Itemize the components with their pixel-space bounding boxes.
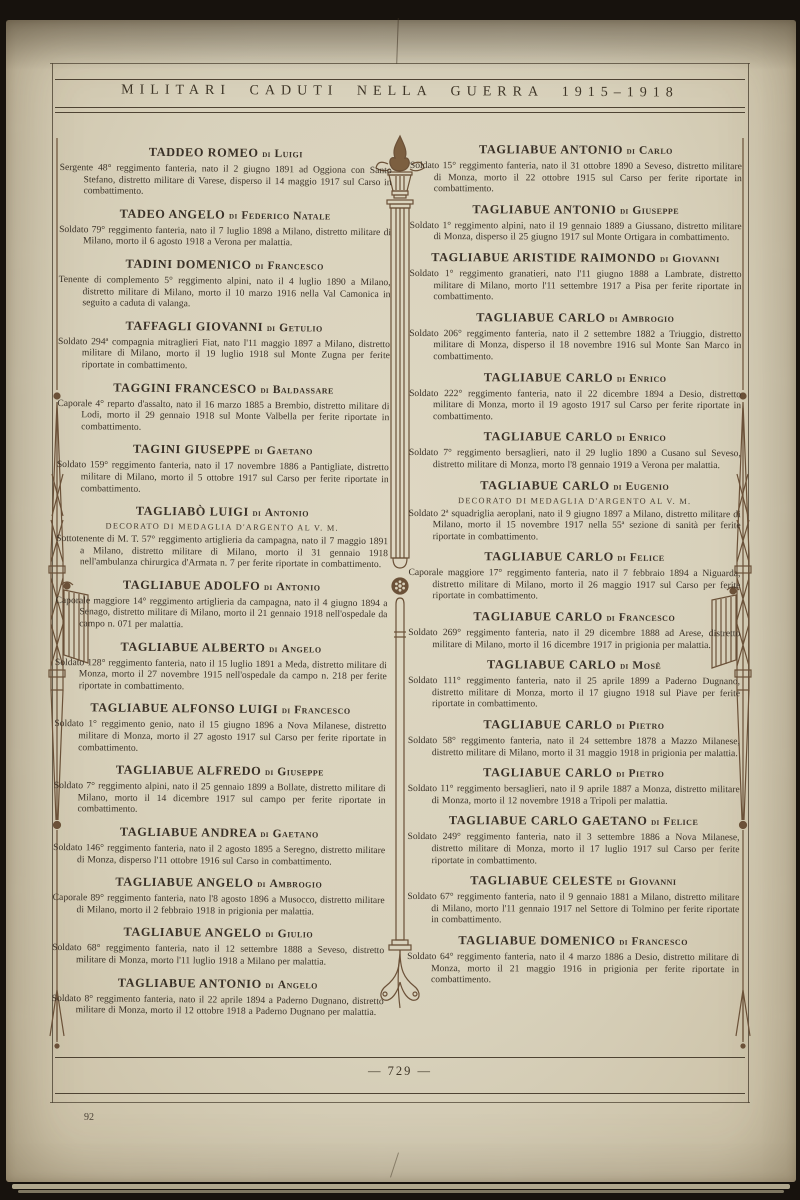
entry-name: TAGLIABUE ANDREA di Gaetano <box>53 824 385 842</box>
entry-name: TAGLIABUE ALFONSO LUIGI di Francesco <box>54 700 386 718</box>
entry-father-name: Francesco <box>267 260 324 273</box>
casualty-entry: TAGLIABUE ANTONIO di Angelo Soldato 8° r… <box>52 975 384 1019</box>
entry-name: TAGLIABUE CARLO di Enrico <box>409 429 741 445</box>
entry-di-connector: di <box>269 644 278 655</box>
entry-name: TAGLIABUE ALBERTO di Angelo <box>55 639 387 657</box>
entry-name: TAGLIABUE DOMENICO di Francesco <box>407 933 739 949</box>
casualty-entry: TAGLIABUE ANGELO di Giulio Soldato 68° r… <box>52 924 384 968</box>
entry-name: TAGLIABUE CARLO di Mosè <box>408 657 740 673</box>
entry-di-connector: di <box>627 146 636 157</box>
entry-di-connector: di <box>265 980 274 991</box>
entry-body: Soldato 1° reggimento genio, nato il 15 … <box>54 718 386 756</box>
entry-surname: TAGLIABUE CARLO <box>483 765 612 779</box>
entry-father-name: Francesco <box>619 612 675 624</box>
frame-rule-top-outer <box>50 63 750 64</box>
entry-body: Soldato 111° reggimento fanteria, nato i… <box>408 675 740 711</box>
entry-di-connector: di <box>619 937 628 948</box>
casualty-entry: TAGLIABUE DOMENICO di Francesco Soldato … <box>407 933 739 987</box>
entry-surname: TAGLIABUE ANTONIO <box>118 975 262 990</box>
entry-surname: TADINI DOMENICO <box>126 257 252 272</box>
entry-father-name: Antonio <box>265 507 309 519</box>
entry-body: Caporale 4° reparto d'assalto, nato il 1… <box>57 398 389 436</box>
casualty-entry: TADDEO ROMEO di Luigi Sergente 48° reggi… <box>59 144 391 200</box>
entry-surname: TAGLIABUE CARLO <box>480 478 609 492</box>
entry-di-connector: di <box>282 706 291 717</box>
casualty-entry: TADINI DOMENICO di Francesco Tenente di … <box>58 256 390 312</box>
entry-di-connector: di <box>660 254 669 265</box>
underlying-page-edge <box>18 1190 784 1193</box>
entry-name: TAGLIABÒ LUIGI di Antonio <box>56 503 388 521</box>
entry-father-name: Gaetano <box>273 828 319 840</box>
folio-number: — 729 — <box>60 1064 740 1079</box>
entry-di-connector: di <box>264 582 273 593</box>
casualty-entry: TAGLIABUE CARLO GAETANO di Felice Soldat… <box>407 813 739 867</box>
entry-father-name: Giulio <box>278 929 314 941</box>
entry-surname: TAGLIABUE CARLO <box>483 717 612 731</box>
casualty-entry: TAGLIABUE ADOLFO di Antonio Caporale mag… <box>55 577 387 633</box>
casualty-entry: TAGLIABUE CARLO di Pietro Soldato 58° re… <box>408 717 740 759</box>
entry-di-connector: di <box>617 373 626 384</box>
casualty-entry: TAGLIABUE CARLO di Felice Caporale maggi… <box>408 549 740 603</box>
entry-surname: TAGLIABUE CARLO <box>473 609 602 623</box>
entry-name: TAGLIABUE ALFREDO di Giuseppe <box>54 762 386 780</box>
entry-name: TAGLIABUE CARLO GAETANO di Felice <box>408 813 740 829</box>
casualty-entry: TAGLIABUE ANGELO di Ambrogio Caporale 89… <box>53 874 385 918</box>
entry-father-name: Giovanni <box>629 876 677 888</box>
entry-surname: TAFFAGLI GIOVANNI <box>126 318 264 333</box>
casualty-entry: TAGLIABUE ALBERTO di Angelo Soldato 128°… <box>55 639 387 695</box>
entry-di-connector: di <box>606 613 615 624</box>
entry-di-connector: di <box>617 433 626 444</box>
entry-father-name: Gaetano <box>267 445 313 457</box>
entry-body: Soldato 67° reggimento fanteria, nato il… <box>407 891 739 927</box>
entry-father-name: Giovanni <box>672 253 720 265</box>
casualty-entry: TAGLIABUE ANTONIO di Giuseppe Soldato 1°… <box>410 202 742 244</box>
entry-body: Tenente di complemento 5° reggimento alp… <box>58 274 390 312</box>
entry-surname: TAGLIABUE ANGELO <box>115 875 253 890</box>
casualty-entry: TAGLIABÒ LUIGI di Antonio DECORATO DI ME… <box>56 503 389 571</box>
casualty-entry: TAGLIABUE ANTONIO di Carlo Soldato 15° r… <box>410 142 742 196</box>
casualty-entry: TADEO ANGELO di Federico Natale Soldato … <box>59 206 391 250</box>
entry-di-connector: di <box>620 661 629 672</box>
entry-father-name: Angelo <box>281 643 321 655</box>
entry-name: TAGLIABUE ANGELO di Ambrogio <box>53 874 385 892</box>
entry-father-name: Antonio <box>276 581 320 593</box>
entry-body: Soldato 159° reggimento fanteria, nato i… <box>57 459 389 497</box>
entry-name: TAGLIABUE ADOLFO di Antonio <box>56 577 388 595</box>
entry-body: Soldato 206° reggimento fanteria, nato i… <box>409 328 741 364</box>
entry-di-connector: di <box>620 206 629 217</box>
entry-di-connector: di <box>609 313 618 324</box>
entry-name: TADINI DOMENICO di Francesco <box>59 256 391 274</box>
entry-body: Soldato 128° reggimento fanteria, nato i… <box>55 657 387 695</box>
entry-surname: TAGINI GIUSEPPE <box>133 442 251 457</box>
entry-surname: TAGLIABUE ANDREA <box>120 825 257 840</box>
entry-di-connector: di <box>267 323 276 334</box>
entry-body: Soldato 1° reggimento alpini, nato il 19… <box>410 220 742 244</box>
entry-surname: TAGLIABUE CARLO <box>484 430 613 444</box>
entry-father-name: Carlo <box>639 145 673 157</box>
casualty-entry: TAGGINI FRANCESCO di Baldassare Caporale… <box>57 380 389 436</box>
casualty-entry: TAGLIABUE ALFREDO di Giuseppe Soldato 7°… <box>53 762 385 818</box>
entry-body: Soldato 8° reggimento fanteria, nato il … <box>52 993 384 1019</box>
entry-body: Soldato 249° reggimento fanteria, nato i… <box>407 831 739 867</box>
casualty-entry: TAGLIABUE CARLO di Ambrogio Soldato 206°… <box>409 310 741 364</box>
entry-body: Soldato 11° reggimento bersaglieri, nato… <box>408 783 740 807</box>
entry-name: TAGLIABUE CARLO di Enrico <box>409 370 741 386</box>
entry-father-name: Francesco <box>632 936 688 948</box>
entry-body: Soldato 2ª squadriglia aeroplani, nato i… <box>409 507 741 543</box>
entry-surname: TAGLIABUE CARLO <box>487 658 616 672</box>
entry-di-connector: di <box>255 261 264 272</box>
entry-surname: TAGLIABUE ALFREDO <box>116 763 262 778</box>
entry-body: Sergente 48° reggimento fanteria, nato i… <box>59 162 391 200</box>
entry-name: TAGLIABUE CARLO di Pietro <box>408 717 740 733</box>
entry-body: Soldato 68° reggimento fanteria, nato il… <box>52 942 384 968</box>
entry-di-connector: di <box>616 769 625 780</box>
entry-di-connector: di <box>617 553 626 564</box>
entry-decoration: DECORATO DI MEDAGLIA D'ARGENTO AL V. M. <box>409 495 741 505</box>
entry-name: TAGLIABUE ANTONIO di Giuseppe <box>410 202 742 218</box>
entry-name: TAGLIABUE ANTONIO di Angelo <box>52 975 384 993</box>
entry-father-name: Pietro <box>629 720 665 732</box>
casualty-entry: TAGLIABUE ANDREA di Gaetano Soldato 146°… <box>53 824 385 868</box>
entry-di-connector: di <box>613 481 622 492</box>
entry-surname: TAGLIABUE CELESTE <box>470 873 613 887</box>
entry-surname: TAGLIABUE CARLO GAETANO <box>449 814 648 829</box>
sheet-number: 92 <box>84 1112 94 1123</box>
entry-name: TAGLIABUE CARLO di Ambrogio <box>409 310 741 326</box>
entry-di-connector: di <box>229 210 238 221</box>
casualty-entry: TAGLIABUE CARLO di Pietro Soldato 11° re… <box>408 765 740 807</box>
entry-father-name: Getulio <box>279 322 323 334</box>
entry-surname: TAGLIABUE CARLO <box>476 310 605 324</box>
entry-name: TAGLIABUE CARLO di Pietro <box>408 765 740 781</box>
entry-name: TAGLIABUE CELESTE di Giovanni <box>407 873 739 889</box>
right-column: TAGLIABUE ANTONIO di Carlo Soldato 15° r… <box>407 135 742 1061</box>
entry-di-connector: di <box>262 149 271 160</box>
casualty-entry: TAGLIABUE CARLO di Francesco Soldato 269… <box>408 609 740 651</box>
entry-surname: TAGGINI FRANCESCO <box>113 380 257 395</box>
entry-di-connector: di <box>257 879 266 890</box>
entry-surname: TAGLIABUE ANGELO <box>123 925 261 940</box>
entry-surname: TAGLIABUE ANTONIO <box>472 202 616 217</box>
casualty-entry: TAGLIABUE CELESTE di Giovanni Soldato 67… <box>407 873 739 927</box>
entry-body: Soldato 79° reggimento fanteria, nato il… <box>59 224 391 250</box>
entry-father-name: Francesco <box>294 705 351 718</box>
entry-body: Caporale maggiore 17° reggimento fanteri… <box>408 567 740 603</box>
entry-father-name: Enrico <box>629 372 666 384</box>
entry-surname: TAGLIABÒ LUIGI <box>136 504 249 519</box>
entry-body: Soldato 1° reggimento granatieri, nato l… <box>409 268 741 304</box>
entry-body: Caporale maggiore 14° reggimento artigli… <box>55 595 387 633</box>
entry-name: TAGGINI FRANCESCO di Baldassare <box>58 380 390 398</box>
entry-father-name: Federico Natale <box>241 210 331 223</box>
entry-name: TAGLIABUE CARLO di Eugenio <box>409 477 741 493</box>
casualty-entry: TAGLIABUE CARLO di Enrico Soldato 222° r… <box>409 370 741 424</box>
entry-surname: TADDEO ROMEO <box>149 145 259 160</box>
entry-surname: TAGLIABUE ANTONIO <box>479 142 623 157</box>
entry-father-name: Felice <box>630 552 665 564</box>
entry-di-connector: di <box>260 829 269 840</box>
entry-surname: TADEO ANGELO <box>120 206 226 221</box>
left-column: TADDEO ROMEO di Luigi Sergente 48° reggi… <box>51 135 392 1063</box>
casualty-entry: TAGLIABUE ARISTIDE RAIMONDO di Giovanni … <box>409 250 741 304</box>
title-underline-rule <box>55 107 745 108</box>
entry-body: Sottotenente di M. T. 57° reggimento art… <box>56 533 388 571</box>
entry-name: TAGLIABUE CARLO di Felice <box>409 549 741 565</box>
entry-surname: TAGLIABUE ALFONSO LUIGI <box>90 701 278 717</box>
entry-body: Soldato 222° reggimento fanteria, nato i… <box>409 388 741 424</box>
entry-father-name: Ambrogio <box>269 878 322 891</box>
entry-father-name: Pietro <box>629 768 665 780</box>
entry-name: TAGLIABUE ARISTIDE RAIMONDO di Giovanni <box>410 250 742 266</box>
casualty-entry: TAGLIABUE CARLO di Mosè Soldato 111° reg… <box>408 657 740 711</box>
entry-surname: TAGLIABUE ALBERTO <box>120 639 265 654</box>
entry-di-connector: di <box>265 929 274 940</box>
frame-rule-top-inner <box>55 79 745 80</box>
entry-name: TAGINI GIUSEPPE di Gaetano <box>57 441 389 459</box>
entry-di-connector: di <box>617 877 626 888</box>
entry-body: Soldato 269° reggimento fanteria, nato i… <box>408 627 740 651</box>
entry-body: Soldato 58° reggimento fanteria, nato il… <box>408 735 740 759</box>
entry-father-name: Ambrogio <box>622 312 675 324</box>
entry-body: Soldato 7° reggimento bersaglieri, nato … <box>409 447 741 471</box>
casualty-entry: TAGLIABUE CARLO di Eugenio DECORATO DI M… <box>409 477 741 543</box>
entry-father-name: Mosè <box>632 660 661 672</box>
entry-father-name: Angelo <box>278 979 318 991</box>
entry-surname: TAGLIABUE CARLO <box>484 370 613 384</box>
entry-father-name: Enrico <box>629 432 666 444</box>
entry-di-connector: di <box>254 446 263 457</box>
entry-name: TADDEO ROMEO di Luigi <box>60 144 392 162</box>
entry-body: Soldato 294ª compagnia mitraglieri Fiat,… <box>58 336 390 374</box>
entry-di-connector: di <box>651 817 660 828</box>
underlying-page-edge <box>12 1184 790 1189</box>
entry-di-connector: di <box>265 767 274 778</box>
entry-name: TAGLIABUE CARLO di Francesco <box>408 609 740 625</box>
entry-body: Soldato 146° reggimento fanteria, nato i… <box>53 842 385 868</box>
entry-body: Soldato 64° reggimento fanteria, nato il… <box>407 951 739 987</box>
entry-surname: TAGLIABUE CARLO <box>484 550 613 564</box>
entry-name: TAGLIABUE ANGELO di Giulio <box>52 924 384 942</box>
footer-rule-lower <box>55 1093 745 1094</box>
casualty-entry: TAFFAGLI GIOVANNI di Getulio Soldato 294… <box>58 318 390 374</box>
entry-father-name: Baldassare <box>273 384 334 397</box>
entry-body: Caporale 89° reggimento fanteria, nato l… <box>53 892 385 918</box>
entry-di-connector: di <box>252 508 261 519</box>
entry-surname: TAGLIABUE DOMENICO <box>458 933 615 948</box>
entry-name: TAFFAGLI GIOVANNI di Getulio <box>58 318 390 336</box>
casualty-entry: TAGLIABUE ALFONSO LUIGI di Francesco Sol… <box>54 700 386 756</box>
entry-body: Soldato 15° reggimento fanteria, nato il… <box>410 160 742 196</box>
frame-rule-bottom-outer <box>50 1102 750 1103</box>
entry-father-name: Eugenio <box>626 480 670 492</box>
entry-father-name: Giuseppe <box>632 205 679 217</box>
entry-father-name: Luigi <box>274 148 303 160</box>
entry-di-connector: di <box>260 384 269 395</box>
casualty-entry: TAGINI GIUSEPPE di Gaetano Soldato 159° … <box>57 441 389 497</box>
rosette-icon <box>392 578 408 594</box>
entry-father-name: Felice <box>663 816 698 828</box>
entry-surname: TAGLIABUE ADOLFO <box>123 577 261 592</box>
casualty-entry: TAGLIABUE CARLO di Enrico Soldato 7° reg… <box>409 429 741 471</box>
entry-body: Soldato 7° reggimento alpini, nato il 25… <box>53 780 385 818</box>
entry-decoration: DECORATO DI MEDAGLIA D'ARGENTO AL V. M. <box>56 521 388 533</box>
entry-father-name: Giuseppe <box>277 766 324 778</box>
entry-name: TAGLIABUE ANTONIO di Carlo <box>410 142 742 158</box>
title-underline-rule <box>55 112 745 113</box>
entry-surname: TAGLIABUE ARISTIDE RAIMONDO <box>431 250 656 265</box>
entry-name: TADEO ANGELO di Federico Natale <box>59 206 391 224</box>
entry-di-connector: di <box>616 721 625 732</box>
